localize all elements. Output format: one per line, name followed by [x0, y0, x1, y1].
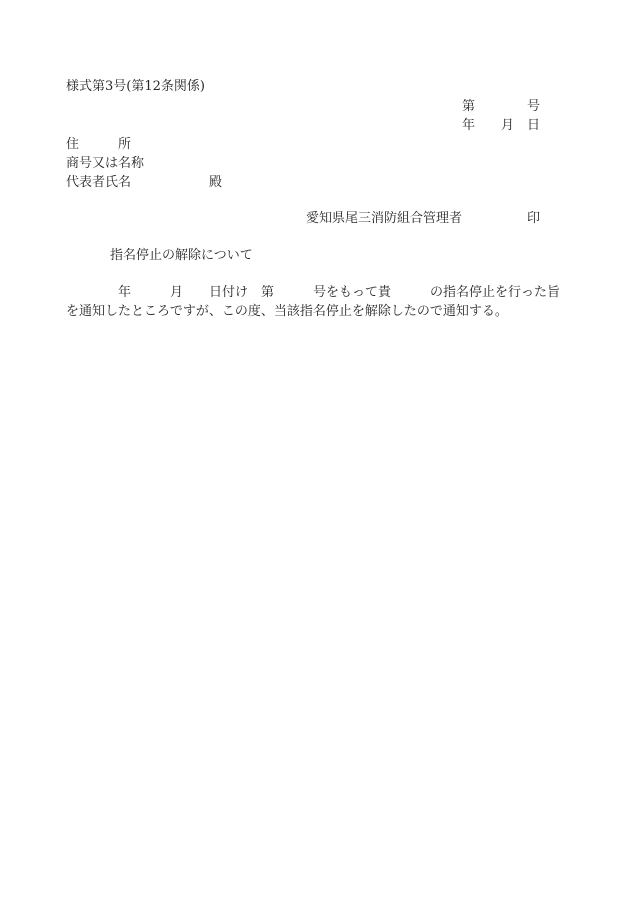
form-number-note: 様式第3号(第12条関係): [66, 79, 205, 95]
document-page: 様式第3号(第12条関係) 第 号 年 月 日 住 所 商号又は名称 代表者氏名…: [0, 0, 630, 903]
recipient-company-label: 商号又は名称: [66, 156, 144, 172]
sender-signature-line: 愛知県尾三消防組合管理者 印: [306, 211, 540, 227]
recipient-address-label: 住 所: [66, 137, 131, 153]
body-paragraph-line-1: 年 月 日付け 第 号をもって貴 の指名停止を行った旨: [66, 285, 560, 301]
date-field: 年 月 日: [462, 118, 540, 134]
body-paragraph-line-2: を通知したところですが、この度、当該指名停止を解除したので通知する。: [66, 304, 508, 320]
document-number-field: 第 号: [462, 99, 540, 115]
subject-title: 指名停止の解除について: [110, 248, 253, 264]
recipient-representative-line: 代表者氏名 殿: [66, 175, 222, 191]
